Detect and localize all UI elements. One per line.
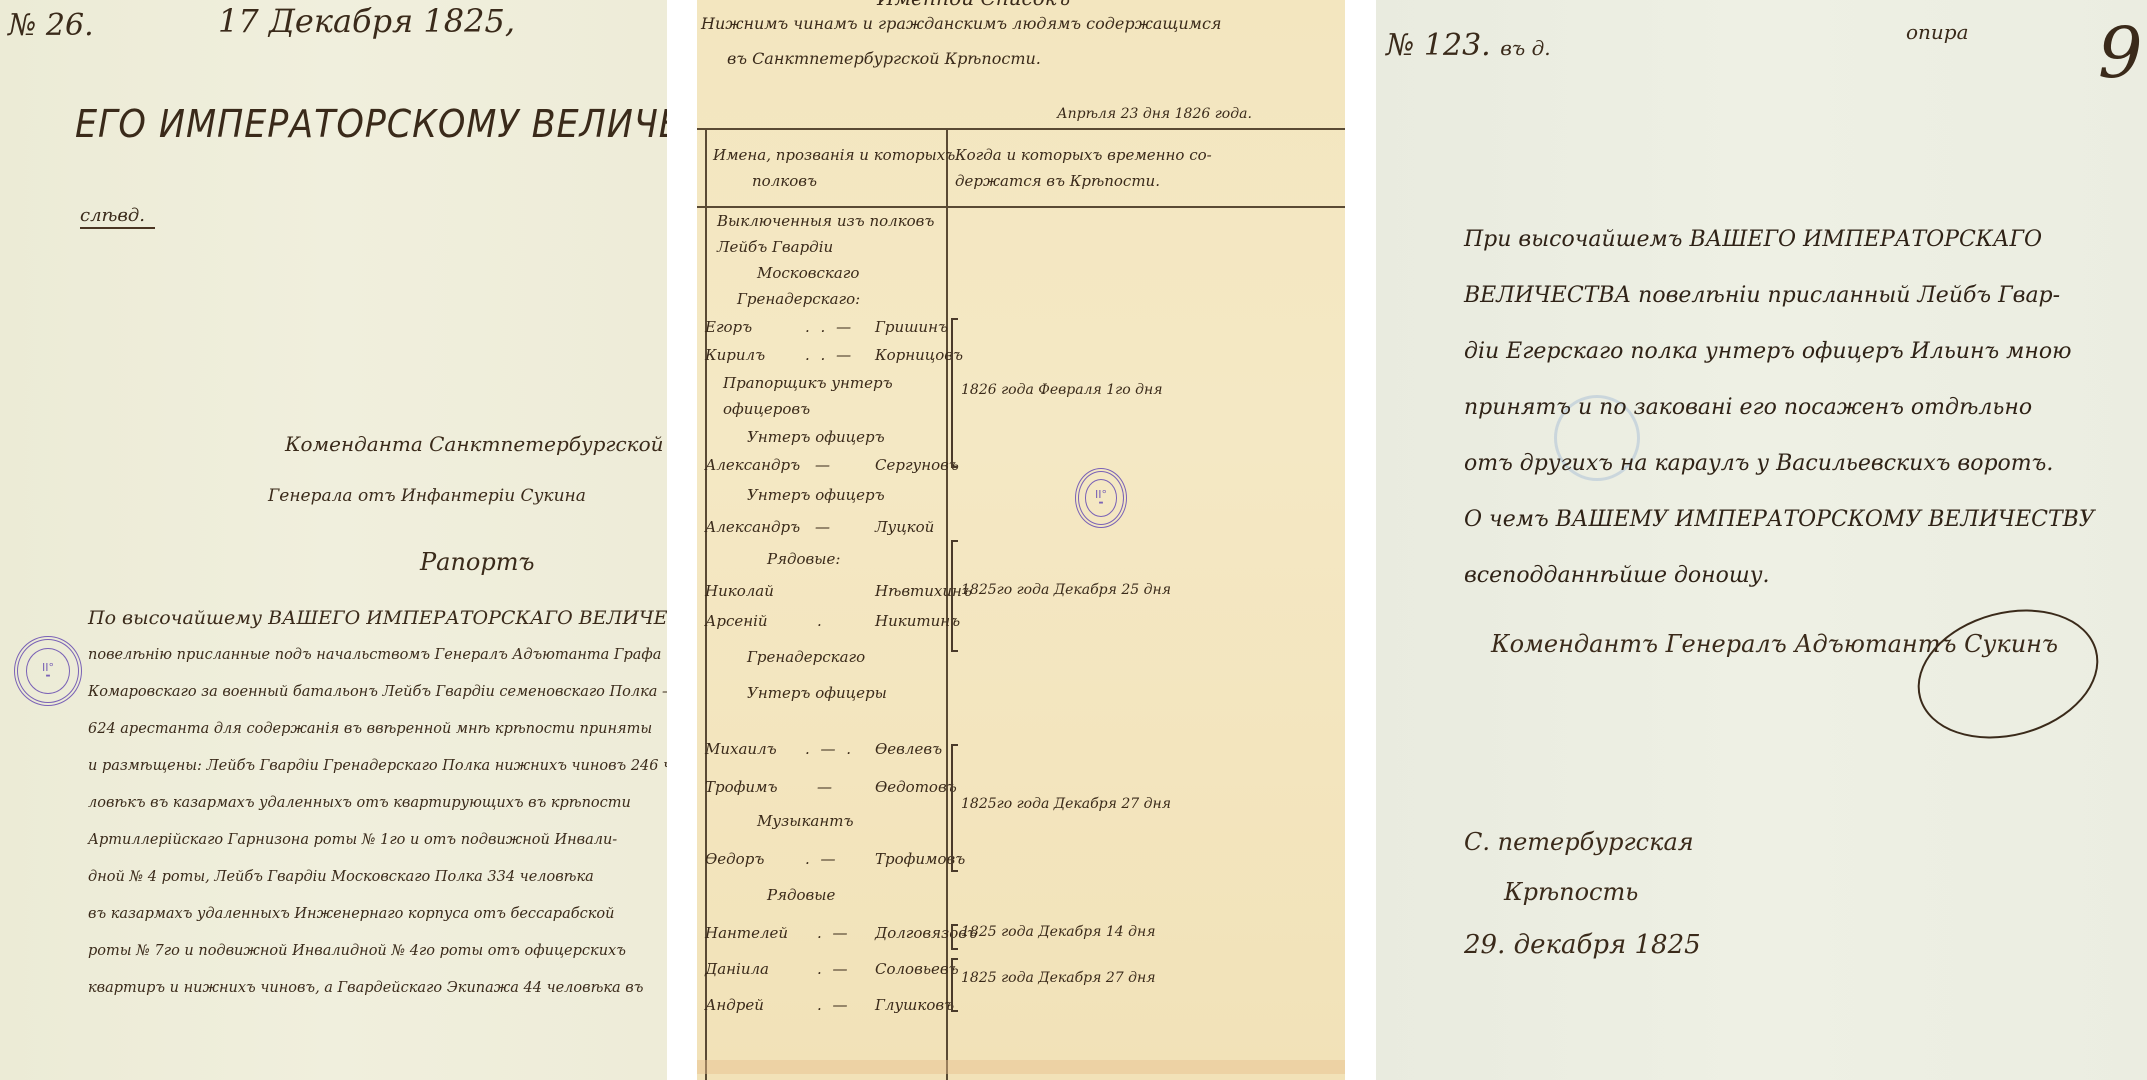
table-row: Музыкантъ (757, 812, 853, 830)
table-row: Кирилъ. . —Корницовъ (705, 346, 765, 364)
date-bracket (951, 318, 958, 468)
table-row: Унтеръ офицеры (747, 684, 887, 702)
table-top-rule (697, 128, 1345, 130)
sender-line-1: Коменданта Санктпетербургской крѣпости (285, 432, 667, 456)
place-line-2: Крѣпость (1504, 878, 1638, 906)
sender-line-2: Генерала отъ Инфантеріи Сукина (268, 486, 586, 506)
body-line: повелѣнію присланные подъ начальствомъ Г… (88, 637, 667, 674)
table-row: Гренадерскаго: (737, 290, 860, 308)
last-name: Ѳевлевъ (875, 740, 942, 758)
last-name: Гришинъ (875, 318, 948, 336)
table-header-rule (697, 206, 1345, 208)
archive-stamp-icon: II° ▬ (1075, 468, 1127, 528)
table-row: Арсеній.Никитинъ (705, 612, 768, 630)
table-row: Выключенныя изъ полковъ (717, 212, 934, 230)
list-title: Именной Списокъ (877, 0, 1070, 10)
first-name: Николай (705, 582, 774, 600)
body-line: Комаровскаго за военный батальонъ Лейбъ … (88, 674, 667, 711)
report-body: При высочайшемъ ВАШЕГО ИМПЕРАТОРСКАГО ВЕ… (1464, 212, 2144, 604)
number-value: № 123. (1386, 28, 1491, 63)
body-line: По высочайшему ВАШЕГО ИМПЕРАТОРСКАГО ВЕЛ… (88, 600, 667, 637)
body-line: всеподданнѣйше доношу. (1464, 548, 2144, 604)
document-page-1: № 26. 17 Декабря 1825, ЕГО ИМПЕРАТОРСКОМ… (0, 0, 667, 1080)
body-line: При высочайшемъ ВАШЕГО ИМПЕРАТОРСКАГО (1464, 212, 2144, 268)
table-row: Даніила. —Соловьевъ (705, 960, 769, 978)
last-name: Луцкой (875, 518, 934, 536)
date-bracket (951, 924, 958, 950)
last-name: Никитинъ (875, 612, 960, 630)
table-row: Лейбъ Гвардіи (717, 238, 833, 256)
place-line-1: С. петербургская (1464, 828, 1694, 856)
custody-date: 1825 года Декабря 27 дня (961, 970, 1155, 986)
first-name: Андрей (705, 996, 764, 1014)
table-row: Гренадерскаго (747, 648, 865, 666)
body-line: и размѣщены: Лейбъ Гвардіи Гренадерскаго… (88, 748, 667, 785)
last-name: Сергуновъ (875, 456, 959, 474)
table-row: Унтеръ офицеръ (747, 428, 885, 446)
column-header-dates: Когда и которыхъ временно со- (955, 146, 1212, 164)
body-line: О чемъ ВАШЕМУ ИМПЕРАТОРСКОМУ ВЕЛИЧЕСТВУ (1464, 492, 2144, 548)
last-name: Соловьевъ (875, 960, 959, 978)
table-row: офицеровъ (723, 400, 810, 418)
table-row: Андрей. —Глушковъ (705, 996, 764, 1014)
table-row: НиколайНѣвтихинъ (705, 582, 774, 600)
paper-stain (697, 1060, 1345, 1074)
table-row: Михаилъ. — .Ѳевлевъ (705, 740, 777, 758)
table-row: Московскаго (757, 264, 859, 282)
table-row: Трофимъ—Ѳедотовъ (705, 778, 777, 796)
number-annotation: въ д. (1500, 36, 1550, 60)
body-line: 624 арестанта для содержанія въ ввѣренно… (88, 711, 667, 748)
first-name: Михаилъ (705, 740, 777, 758)
first-name: Трофимъ (705, 778, 777, 796)
first-name: Ѳедоръ (705, 850, 764, 868)
page-number: 9 (2098, 12, 2143, 94)
custody-date: 1825 года Декабря 14 дня (961, 924, 1155, 940)
custody-date: 1826 года Февраля 1го дня (961, 382, 1162, 398)
custody-date: 1825го года Декабря 27 дня (961, 796, 1171, 812)
body-line: діи Егерскаго полка унтеръ офицеръ Ильин… (1464, 324, 2144, 380)
archive-stamp-icon: II° ▬ (14, 636, 82, 706)
body-line: ВЕЛИЧЕСТВА повелѣніи присланный Лейбъ Гв… (1464, 268, 2144, 324)
list-date: Апрѣля 23 дня 1826 года. (1057, 106, 1252, 122)
corner-note: опира (1906, 20, 1969, 44)
first-name: Арсеній (705, 612, 768, 630)
list-subtitle-1: Нижнимъ чинамъ и гражданскимъ людямъ сод… (701, 14, 1222, 33)
document-page-3: № 123. въ д. опира 9 При высочайшемъ ВАШ… (1376, 0, 2147, 1080)
document-date: 17 Декабря 1825, (218, 2, 515, 40)
first-name: Александръ (705, 518, 800, 536)
first-name: Даніила (705, 960, 769, 978)
body-line: квартиръ и нижнихъ чиновъ, а Гвардейскаг… (88, 970, 667, 1007)
table-row: Егоръ. . —Гришинъ (705, 318, 752, 336)
table-row: Александръ—Сергуновъ (705, 456, 800, 474)
body-line: въ казармахъ удаленныхъ Инженернаго корп… (88, 896, 667, 933)
table-row: Нантелей. —Долговязовъ (705, 924, 788, 942)
date-bracket (951, 540, 958, 652)
document-page-2: Именной Списокъ Нижнимъ чинамъ и граждан… (697, 0, 1345, 1080)
document-number: № 26. (8, 8, 94, 43)
first-name: Александръ (705, 456, 800, 474)
body-line: отъ другихъ на караулъ у Васильевскихъ в… (1464, 436, 2144, 492)
body-line: принятъ и по заковані его посаженъ отдѣл… (1464, 380, 2144, 436)
body-line: ловѣкъ въ казармахъ удаленныхъ отъ кварт… (88, 785, 667, 822)
custody-date: 1825го года Декабря 25 дня (961, 582, 1171, 598)
date-bracket (951, 958, 958, 1012)
table-row: Александръ—Луцкой (705, 518, 800, 536)
list-subtitle-2: въ Санктпетербургской Крѣпости. (727, 49, 1041, 68)
body-line: дной № 4 роты, Лейбъ Гвардіи Московскаго… (88, 859, 667, 896)
report-heading: Рапортъ (420, 548, 534, 576)
margin-note: слѣвд. (80, 205, 155, 229)
document-number: № 123. въ д. (1386, 28, 1551, 63)
address-heading: ЕГО ИМПЕРАТОРСКОМУ ВЕЛИЧЕСТВУ (75, 102, 667, 146)
table-row: Ѳедоръ. —Трофимовъ (705, 850, 764, 868)
column-header-dates-2: держатся въ Крѣпости. (955, 172, 1160, 190)
first-name: Егоръ (705, 318, 752, 336)
first-name: Нантелей (705, 924, 788, 942)
report-body: По высочайшему ВАШЕГО ИМПЕРАТОРСКАГО ВЕЛ… (88, 600, 667, 1007)
table-row: Прапорщикъ унтеръ (723, 374, 893, 392)
signature-flourish (1903, 590, 2113, 757)
body-line: Артиллерійскаго Гарнизона роты № 1го и о… (88, 822, 667, 859)
last-name: Ѳедотовъ (875, 778, 957, 796)
table-row: Унтеръ офицеръ (747, 486, 885, 504)
table-row: Рядовые (767, 886, 835, 904)
column-header-names-2: полковъ (752, 172, 817, 190)
table-row: Рядовые: (767, 550, 840, 568)
first-name: Кирилъ (705, 346, 765, 364)
last-name: Корницовъ (875, 346, 963, 364)
date-bracket (951, 744, 958, 872)
column-header-names: Имена, прозванія и которыхъ (713, 146, 955, 164)
last-name: Глушковъ (875, 996, 954, 1014)
place-date: 29. декабря 1825 (1464, 930, 1701, 960)
body-line: роты № 7го и подвижной Инвалидной № 4го … (88, 933, 667, 970)
